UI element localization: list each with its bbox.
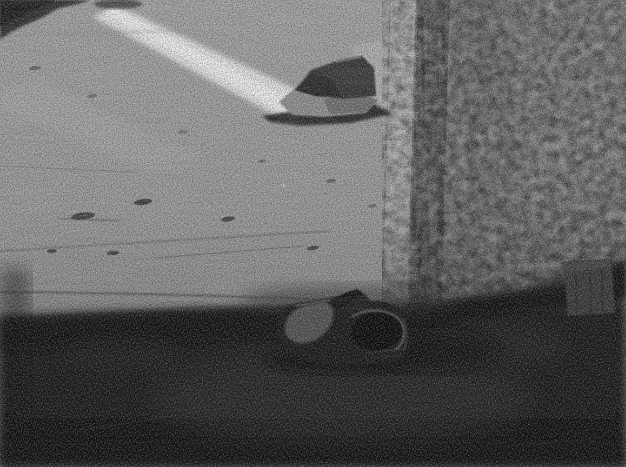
photo	[0, 0, 626, 467]
film-grain-light	[0, 0, 626, 467]
photo-canvas	[0, 0, 626, 467]
